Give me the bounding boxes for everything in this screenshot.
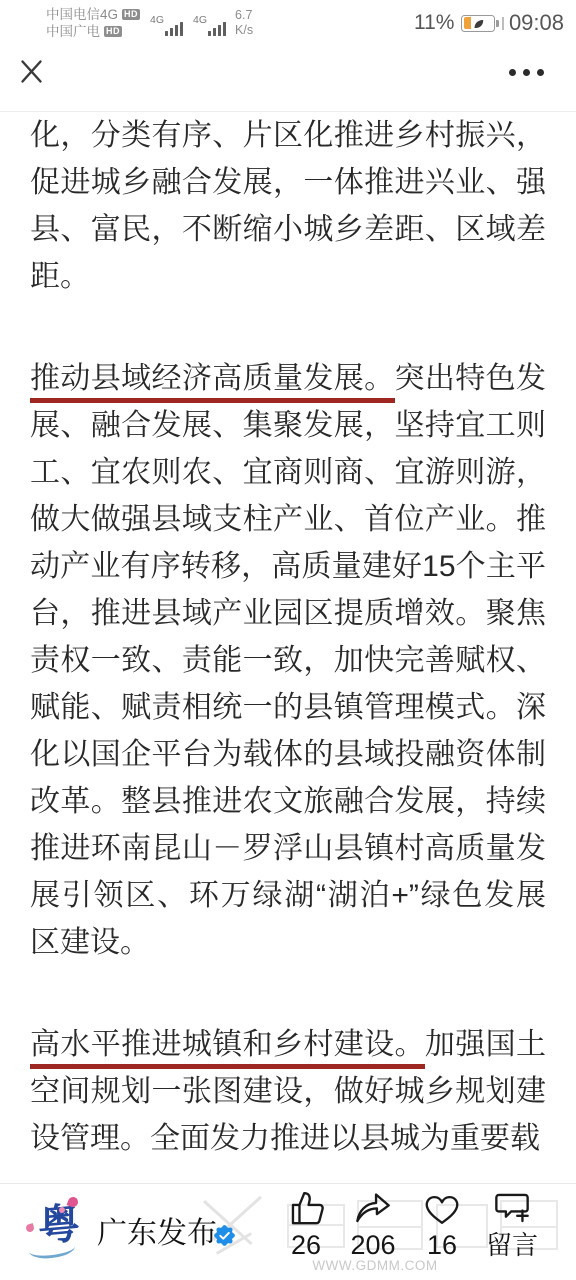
status-bar: 中国电信4G HD 中国广电 HD 4G 4G 6.7 K/s 11% xyxy=(0,0,576,44)
battery-percent: 11% xyxy=(414,11,454,35)
more-menu-button[interactable] xyxy=(509,66,544,78)
like-count: 26 xyxy=(270,1231,342,1259)
like-button[interactable]: 26 xyxy=(270,1188,342,1259)
network-speed: 6.7 K/s xyxy=(235,8,253,38)
speed-value: 6.7 xyxy=(235,8,253,23)
favorite-button[interactable]: 16 xyxy=(406,1188,478,1259)
close-button[interactable] xyxy=(16,56,46,86)
paragraph-text: 突出特色发展、融合发展、集聚发展，坚持宜工则工、宜农则农、宜商则商、宜游则游，做… xyxy=(30,362,546,959)
battery-icon xyxy=(461,15,495,32)
signal-strength-icon: 4G xyxy=(193,14,226,36)
hd-badge-icon: HD xyxy=(122,9,140,20)
network-type-label: 4G xyxy=(193,14,207,26)
close-icon xyxy=(19,58,44,85)
bottom-toolbar: WWW.GDMM.COM 粤 广东发布 xyxy=(0,1184,576,1280)
article-paragraph: 化，分类有序、片区化推进乡村振兴，促进城乡融合发展，一体推进兴业、强县、富民，不… xyxy=(30,112,546,300)
paragraph-text: 化，分类有序、片区化推进乡村振兴，促进城乡融合发展，一体推进兴业、强县、富民，不… xyxy=(30,119,546,293)
more-icon xyxy=(537,69,544,76)
share-count: 206 xyxy=(337,1231,409,1259)
comment-bubble-icon xyxy=(491,1188,533,1228)
carrier-name-2: 中国广电 xyxy=(46,24,100,40)
comment-label: 16 xyxy=(406,1231,478,1259)
more-icon xyxy=(523,69,530,76)
article-paragraph: 高水平推进城镇和乡村建设。加强国土空间规划一张图建设，做好城乡规划建设管理。全面… xyxy=(30,1021,546,1162)
thumbs-up-icon xyxy=(285,1188,327,1228)
network-type-label: 4G xyxy=(150,14,164,26)
signal-indicators: 4G 4G xyxy=(150,10,226,36)
more-icon xyxy=(509,69,516,76)
power-save-leaf-icon xyxy=(473,18,485,30)
hd-badge-icon: HD xyxy=(104,26,122,37)
article-paragraph: 推动县域经济高质量发展。突出特色发展、融合发展、集聚发展，坚持宜工则工、宜农则农… xyxy=(30,355,546,966)
action-bar: 26 206 16 留言 xyxy=(0,1184,576,1280)
carrier-info: 中国电信4G HD 中国广电 HD xyxy=(46,7,140,40)
signal-strength-icon: 4G xyxy=(150,14,183,36)
heart-icon xyxy=(421,1188,463,1228)
article-body: 化，分类有序、片区化推进乡村振兴，促进城乡融合发展，一体推进兴业、强县、富民，不… xyxy=(30,112,546,1162)
paragraph-lead-underlined: 高水平推进城镇和乡村建设。 xyxy=(30,1028,425,1069)
share-arrow-icon xyxy=(352,1188,394,1228)
comment-button[interactable]: 留言 xyxy=(476,1188,548,1259)
paragraph-lead-underlined: 推动县域经济高质量发展。 xyxy=(30,362,395,403)
speed-unit: K/s xyxy=(235,23,253,38)
clock: 09:08 xyxy=(509,10,564,36)
carrier-name-1: 中国电信4G xyxy=(46,7,118,23)
phone-screen: 中国电信4G HD 中国广电 HD 4G 4G 6.7 K/s 11% xyxy=(0,0,576,1280)
share-button[interactable]: 206 xyxy=(337,1188,409,1259)
comment-label: 留言 xyxy=(476,1231,548,1259)
nav-bar xyxy=(0,44,576,111)
